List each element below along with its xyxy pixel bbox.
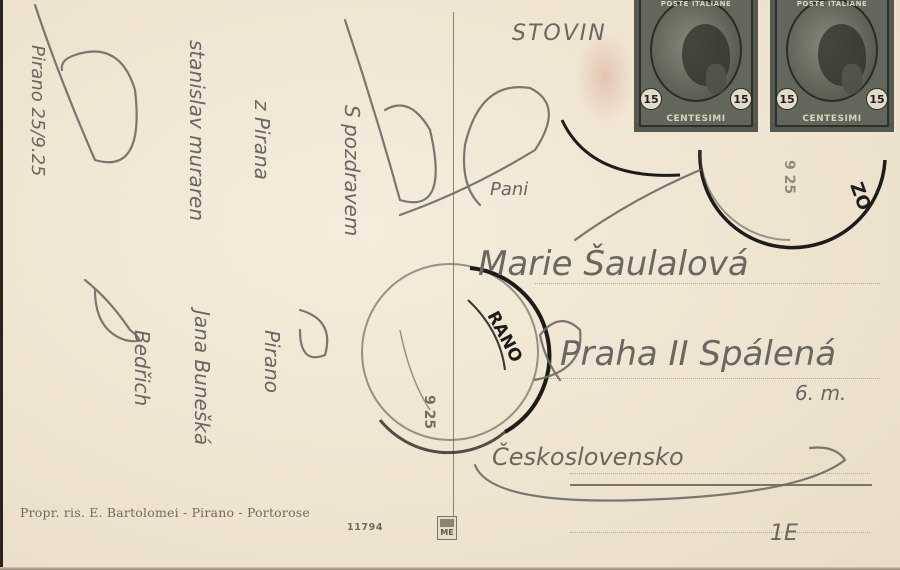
postcard-back: POSTE ITALIANE 15 15 CENTESIMI POSTE ITA… [0, 0, 900, 570]
handwritten-message-line-1: S pozdravem [340, 105, 364, 236]
stamp-denomination-right: 15 [730, 88, 752, 110]
handwritten-recipient-name: Marie Šaulalová [478, 243, 749, 284]
publisher-logo: ME [437, 516, 457, 540]
serial-number: 11794 [347, 522, 383, 533]
address-line-4 [570, 532, 870, 533]
stamp-caption: CENTESIMI [770, 114, 894, 124]
king-portrait [682, 24, 730, 86]
handwritten-signature: Bedřich [130, 330, 154, 406]
handwritten-date-line: Pirano 25/9.25 [27, 45, 48, 176]
king-portrait [818, 24, 866, 86]
address-line-1 [535, 283, 880, 284]
handwritten-message-line-5: Jana Bunešká [190, 306, 214, 445]
bird-icon [440, 519, 454, 527]
postmark-2-town: ZO [845, 180, 874, 214]
address-line-underline [570, 484, 872, 486]
stamp-country: POSTE ITALIANE [770, 0, 894, 8]
stamp-denomination-left: 15 [640, 88, 662, 110]
paper-stain [575, 30, 635, 125]
handwritten-house-number: 6. m. [795, 381, 846, 405]
stamp-country: POSTE ITALIANE [634, 0, 758, 8]
handwritten-country: Československo [492, 441, 684, 471]
stamp-caption: CENTESIMI [634, 114, 758, 124]
handwritten-message-line-2: z Pirana [250, 99, 274, 180]
handwritten-street: Praha II Spálená [560, 334, 836, 374]
handwritten-salutation: Pani [490, 179, 528, 200]
address-line-3 [570, 473, 870, 474]
card-left-edge [0, 0, 3, 570]
handwritten-corner-note: 1E [770, 521, 798, 546]
postmark-1-town: RANO [483, 308, 526, 366]
postmark-2-date: 9 25 [781, 160, 797, 194]
postmark-1-date: 9 25 [421, 395, 437, 429]
publisher-imprint: Propr. ris. E. Bartolomei - Pirano - Por… [20, 505, 310, 520]
address-line-2 [535, 378, 880, 379]
logo-text: ME [440, 529, 453, 537]
postage-stamp-1: POSTE ITALIANE 15 15 CENTESIMI [634, 0, 758, 132]
center-divider-line [453, 12, 454, 520]
handwritten-message-line-3: stanislav muraren [185, 40, 209, 221]
stamp-denomination-left: 15 [776, 88, 798, 110]
postmark-1: RANO 9 25 [362, 264, 549, 453]
stamp-denomination-right: 15 [866, 88, 888, 110]
handwritten-message-line-4: Pirano [260, 330, 284, 393]
postage-stamp-2: POSTE ITALIANE 15 15 CENTESIMI [770, 0, 894, 132]
postmark-2: ZO 9 25 [562, 120, 885, 248]
